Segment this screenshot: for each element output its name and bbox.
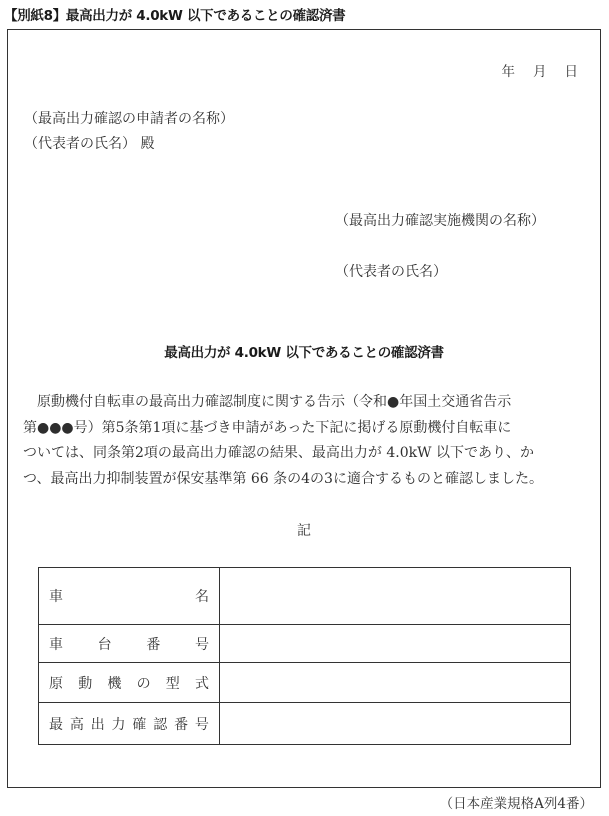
value-max-output-confirmation-number[interactable] xyxy=(220,703,571,745)
ki-marker: 記 xyxy=(8,520,600,540)
body-line: ついては、同条第2項の最高出力確認の結果、最高出力が 4.0kW 以下であり、か xyxy=(23,441,589,467)
vehicle-info-table: 車 名 車 台 番 号 原 動 機 xyxy=(38,567,571,745)
table-row-chassis-number: 車 台 番 号 xyxy=(39,625,571,663)
label-max-output-confirmation-number: 最 高 出 力 確 認 番 号 xyxy=(39,703,220,745)
date-day: 日 xyxy=(565,60,579,80)
table-row-vehicle-name: 車 名 xyxy=(39,568,571,625)
paper-size-note: （日本産業規格A列4番） xyxy=(440,792,593,812)
label-chassis-number: 車 台 番 号 xyxy=(39,625,220,663)
date-line: 年 月 日 xyxy=(502,60,579,80)
issuer-org-placeholder: （最高出力確認実施機関の名称） xyxy=(335,210,545,230)
issuer-representative-placeholder: （代表者の氏名） xyxy=(335,261,447,281)
document-frame: 年 月 日 （最高出力確認の申請者の名称） （代表者の氏名） 殿 （最高出力確認… xyxy=(7,29,601,788)
date-year: 年 xyxy=(502,60,516,80)
table-row-engine-type: 原 動 機 の 型 式 xyxy=(39,663,571,703)
certificate-title: 最高出力が 4.0kW 以下であることの確認済書 xyxy=(8,341,600,361)
body-line: 原動機付自転車の最高出力確認制度に関する告示（令和●年国土交通省告示 xyxy=(23,390,589,416)
applicant-name-placeholder: （最高出力確認の申請者の名称） xyxy=(24,108,234,128)
date-month: 月 xyxy=(533,60,547,80)
label-engine-type: 原 動 機 の 型 式 xyxy=(39,663,220,703)
body-line: 第●●●号）第5条第1項に基づき申請があった下記に掲げる原動機付自転車に xyxy=(23,416,589,442)
applicant-representative-placeholder: （代表者の氏名） 殿 xyxy=(24,133,154,153)
value-chassis-number[interactable] xyxy=(220,625,571,663)
document-heading: 【別紙8】最高出力が 4.0kW 以下であることの確認済書 xyxy=(4,4,345,24)
table-row-max-output-confirmation-number: 最 高 出 力 確 認 番 号 xyxy=(39,703,571,745)
body-line: つ、最高出力抑制装置が保安基準第 66 条の4の3に適合するものと確認しました。 xyxy=(23,467,589,493)
certificate-body: 原動機付自転車の最高出力確認制度に関する告示（令和●年国土交通省告示 第●●●号… xyxy=(23,390,589,492)
label-vehicle-name: 車 名 xyxy=(39,568,220,625)
value-vehicle-name[interactable] xyxy=(220,568,571,625)
value-engine-type[interactable] xyxy=(220,663,571,703)
